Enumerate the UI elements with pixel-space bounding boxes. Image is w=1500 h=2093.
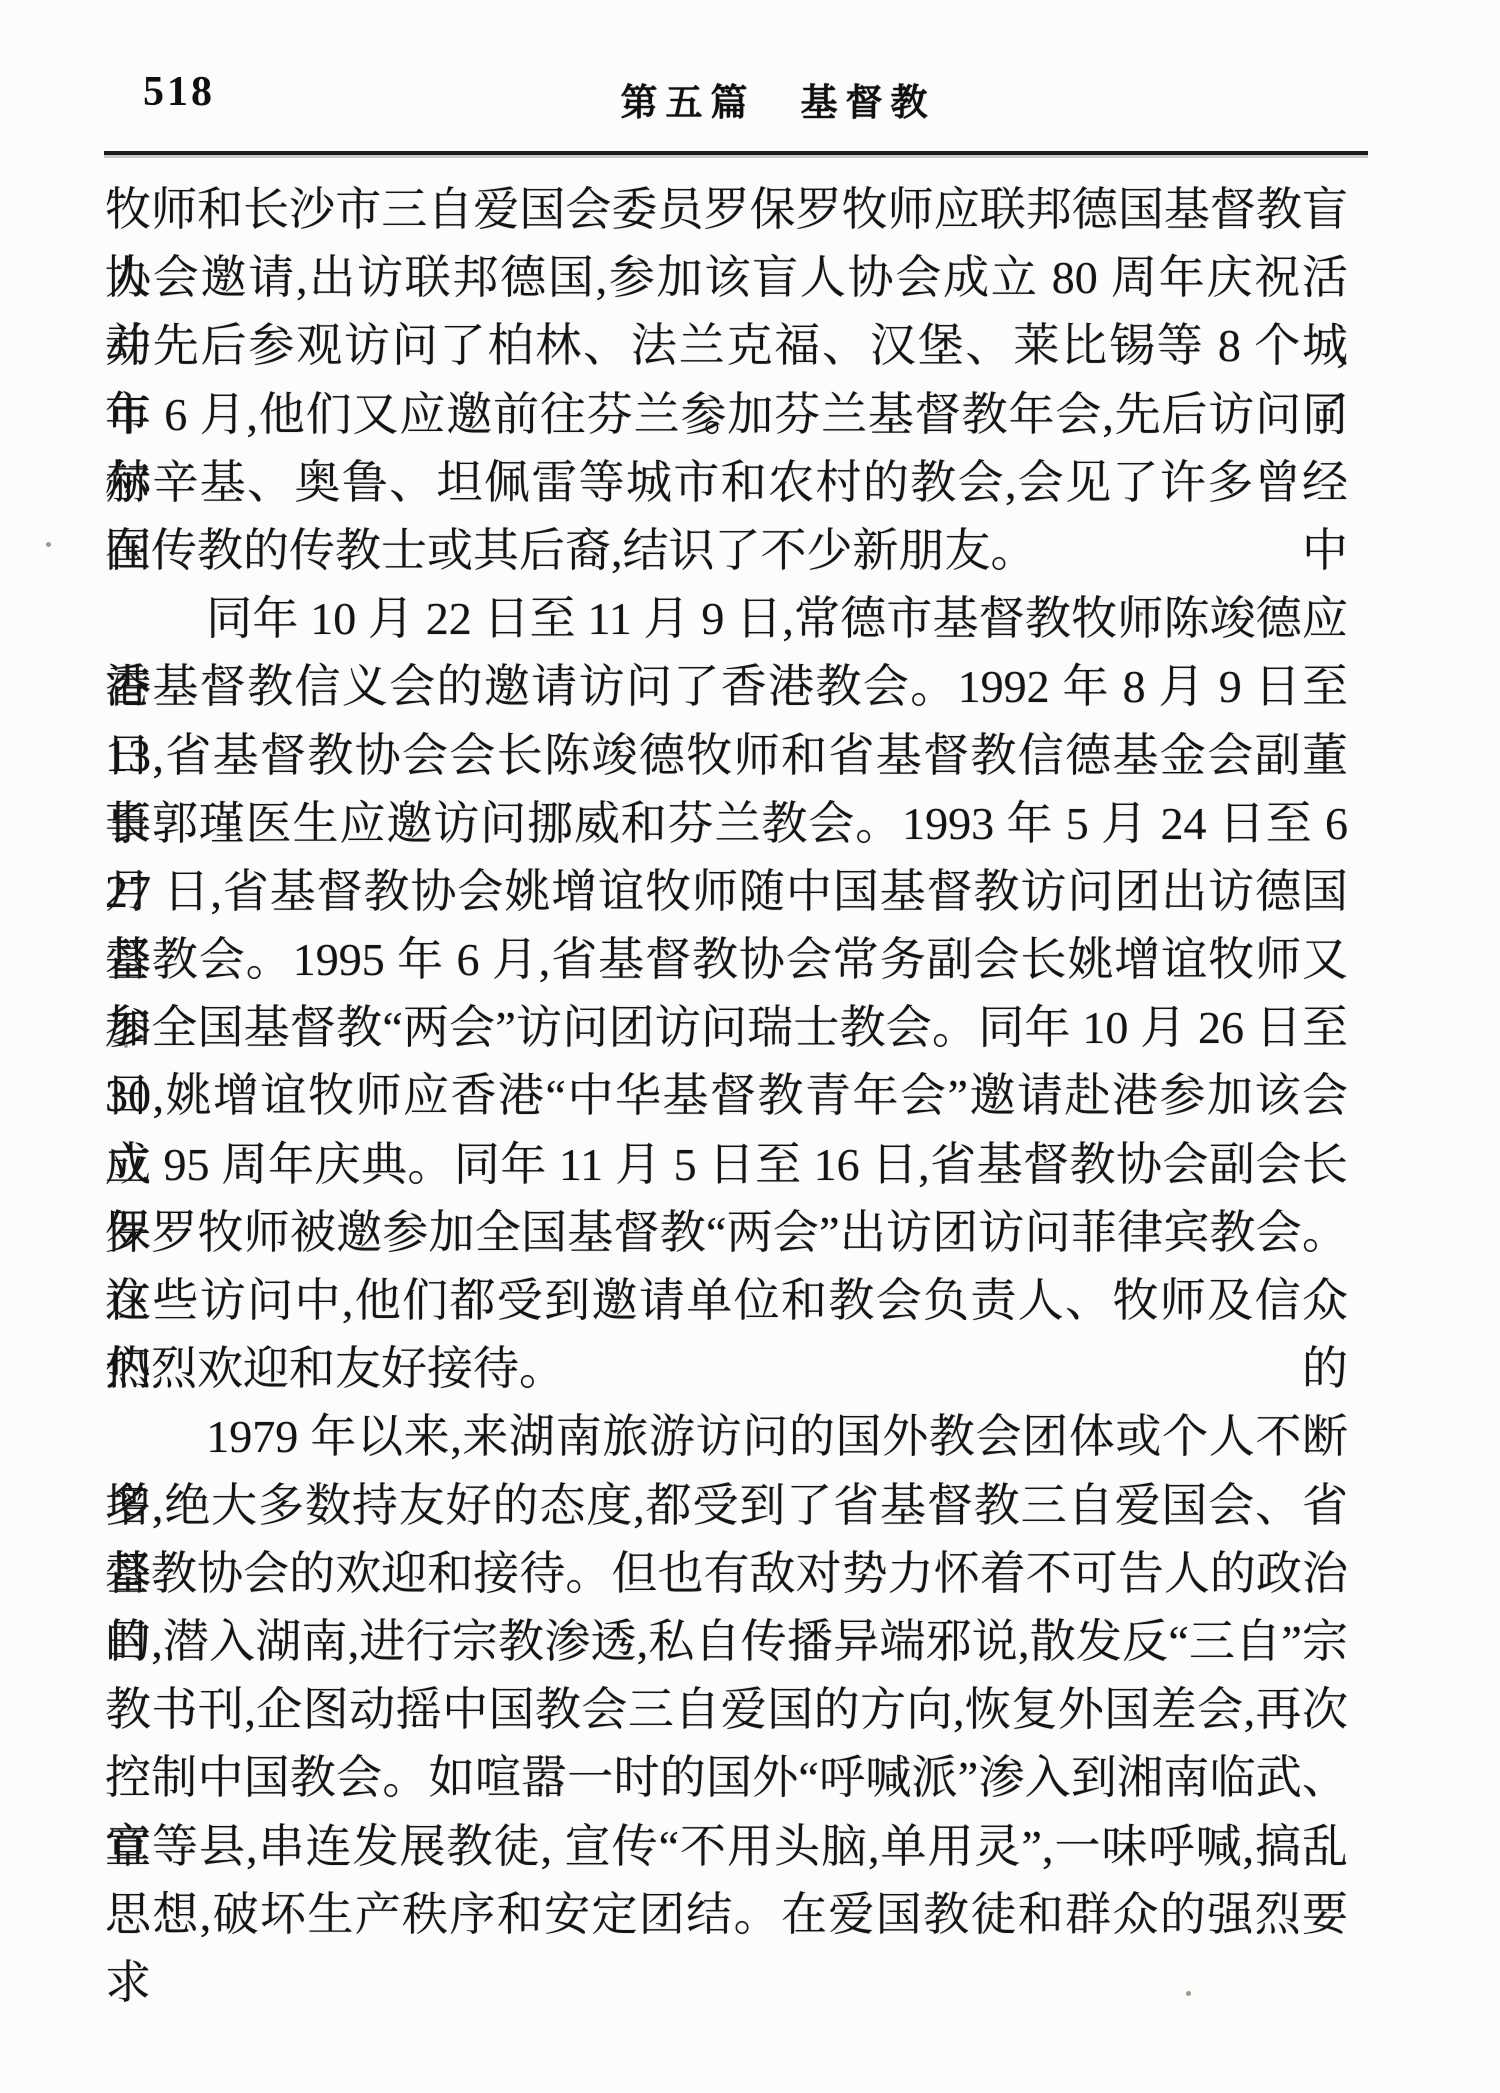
scan-speck <box>1186 1991 1191 1996</box>
text-line: 年 6 月,他们又应邀前往芬兰参加芬兰基督教年会,先后访问了赫 <box>105 381 1348 449</box>
text-line: 督教协会的欢迎和接待。但也有敌对势力怀着不可告人的政治目 <box>105 1540 1348 1608</box>
text-line: 督教会。1995 年 6 月,省基督教协会常务副会长姚增谊牧师又参 <box>105 926 1348 994</box>
page-header: 518 第五篇 基督教 <box>0 62 1500 122</box>
text-line: 这些访问中,他们都受到邀请单位和教会负责人、牧师及信众们的 <box>105 1267 1348 1335</box>
text-line: 尔辛基、奥鲁、坦佩雷等城市和农村的教会,会见了许多曾经在中 <box>105 449 1348 517</box>
scan-speck <box>1139 612 1143 616</box>
chapter-header: 第五篇 基督教 <box>28 72 1500 126</box>
text-line: 并先后参观访问了柏林、法兰克福、汉堡、莱比锡等 8 个城市。同 <box>105 312 1348 380</box>
text-line: 立 95 周年庆典。同年 11 月 5 日至 16 日,省基督教协会副会长罗 <box>105 1131 1348 1199</box>
text-line: 同年 10 月 22 日至 11 月 9 日,常德市基督教牧师陈竣德应香 <box>105 585 1348 653</box>
text-line: 牧师和长沙市三自爱国会委员罗保罗牧师应联邦德国基督教盲人 <box>105 176 1348 244</box>
text-line: 日,姚增谊牧师应香港“中华基督教青年会”邀请赴港参加该会成 <box>105 1062 1348 1130</box>
page-body: 牧师和长沙市三自爱国会委员罗保罗牧师应联邦德国基督教盲人 协会邀请,出访联邦德国… <box>105 176 1348 1949</box>
text-line: 的,潜入湖南,进行宗教渗透,私自传播异端邪说,散发反“三自”宗 <box>105 1608 1348 1676</box>
text-line: 思想,破坏生产秩序和安定团结。在爱国教徒和群众的强烈要求 <box>105 1881 1348 1949</box>
scan-speck <box>46 542 51 547</box>
text-line: 教书刊,企图动摇中国教会三自爱国的方向,恢复外国差会,再次 <box>105 1676 1348 1744</box>
scan-speck <box>124 1044 128 1048</box>
book-page: 518 第五篇 基督教 牧师和长沙市三自爱国会委员罗保罗牧师应联邦德国基督教盲人… <box>0 0 1500 2093</box>
text-line: 多,绝大多数持友好的态度,都受到了省基督教三自爱国会、省基 <box>105 1472 1348 1540</box>
text-line: 控制中国教会。如喧嚣一时的国外“呼喊派”渗入到湘南临武、宜 <box>105 1744 1348 1812</box>
text-line: 章等县,串连发展教徒, 宣传“不用头脑,单用灵”,一味呼喊,搞乱 <box>105 1813 1348 1881</box>
text-line: 1979 年以来,来湖南旅游访问的国外教会团体或个人不断增 <box>105 1403 1348 1471</box>
text-line: 港基督教信义会的邀请访问了香港教会。1992 年 8 月 9 日至 13 <box>105 653 1348 721</box>
header-divider <box>104 151 1368 155</box>
text-line: 保罗牧师被邀参加全国基督教“两会”出访团访问菲律宾教会。在 <box>105 1199 1348 1267</box>
text-line: 日,省基督教协会会长陈竣德牧师和省基督教信德基金会副董事 <box>105 722 1348 790</box>
text-line: 27 日,省基督教协会姚增谊牧师随中国基督教访问团出访德国基 <box>105 858 1348 926</box>
text-line: 加全国基督教“两会”访问团访问瑞士教会。同年 10 月 26 日至 30 <box>105 994 1348 1062</box>
text-line: 长郭瑾医生应邀访问挪威和芬兰教会。1993 年 5 月 24 日至 6 月 <box>105 790 1348 858</box>
text-line: 协会邀请,出访联邦德国,参加该盲人协会成立 80 周年庆祝活动, <box>105 244 1348 312</box>
